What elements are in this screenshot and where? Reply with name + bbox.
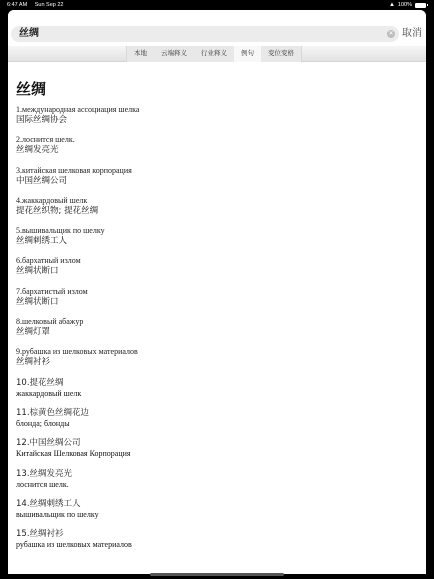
entry-translation: 丝绸衬衫 xyxy=(16,357,416,368)
entry-source: 14.丝绸刺绣工人 xyxy=(16,499,416,509)
word-title: 丝绸 xyxy=(16,78,46,99)
entry-translation: 丝绸状断口 xyxy=(16,266,416,277)
entry-translation: блонда; блонды xyxy=(16,418,416,429)
entry-translation: 国际丝绸协会 xyxy=(16,115,416,126)
tab-bar: 本地 云端释义 行业释义 例句 变位变格 xyxy=(8,46,426,62)
entry-translation: вышивальщик по шелку xyxy=(16,509,416,520)
list-item: 11.棕黄色丝绸花边 блонда; блонды xyxy=(16,408,416,438)
entry-source: 12.中国丝绸公司 xyxy=(16,438,416,448)
list-item: 6.бархатный излом 丝绸状断口 xyxy=(16,256,416,286)
entry-source: 6.бархатный излом xyxy=(16,256,416,266)
tab-industry-definition[interactable]: 行业释义 xyxy=(194,46,234,62)
entry-translation: 丝绸刺绣工人 xyxy=(16,236,416,247)
list-item: 15.丝绸衬衫 рубашка из шелковых материалов xyxy=(16,529,416,559)
battery-icon xyxy=(415,3,426,8)
search-input[interactable]: 丝绸 ✕ xyxy=(11,26,399,42)
entry-source: 15.丝绸衬衫 xyxy=(16,529,416,539)
segmented-tabs: 本地 云端释义 行业释义 例句 变位变格 xyxy=(126,46,302,62)
entry-source: 13.丝绸发亮光 xyxy=(16,469,416,479)
entry-translation: 提花丝织物; 提花丝绸 xyxy=(16,206,416,217)
entry-translation: рубашка из шелковых материалов xyxy=(16,539,416,550)
status-time: 6:47 AM xyxy=(7,2,27,8)
list-item: 14.丝绸刺绣工人 вышивальщик по шелку xyxy=(16,499,416,529)
entry-translation: 中国丝绸公司 xyxy=(16,176,416,187)
entry-translation: 丝绸发亮光 xyxy=(16,145,416,156)
list-item: 1.международная ассоциация шелка 国际丝绸协会 xyxy=(16,105,416,135)
tab-cloud-definition[interactable]: 云端释义 xyxy=(154,46,194,62)
entry-translation: лоснится шелк. xyxy=(16,479,416,490)
wifi-icon: ▲ xyxy=(389,0,395,10)
entry-translation: Китайская Шелковая Корпорация xyxy=(16,448,416,459)
tab-example-sentences[interactable]: 例句 xyxy=(234,46,261,62)
entry-source: 1.международная ассоциация шелка xyxy=(16,105,416,115)
status-bar: 6:47 AM Sun Sep 22 ▲ 100% xyxy=(0,0,434,10)
list-item: 12.中国丝绸公司 Китайская Шелковая Корпорация xyxy=(16,438,416,468)
search-row: 丝绸 ✕ 取消 xyxy=(8,10,426,46)
entry-translation: 丝绸状断口 xyxy=(16,297,416,308)
entry-source: 2.лоснится шелк. xyxy=(16,135,416,145)
entry-source: 4.жаккардовый шелк xyxy=(16,196,416,206)
entry-translation: жаккардовый шелк xyxy=(16,388,416,399)
list-item: 3.китайская шелковая корпорация 中国丝绸公司 xyxy=(16,166,416,196)
tab-local[interactable]: 本地 xyxy=(127,46,154,62)
dictionary-sheet: 丝绸 ✕ 取消 本地 云端释义 行业释义 例句 变位变格 丝绸 1.междун… xyxy=(8,10,426,574)
list-item: 7.бархатистый излом 丝绸状断口 xyxy=(16,287,416,317)
entry-source: 7.бархатистый излом xyxy=(16,287,416,297)
search-input-value: 丝绸 xyxy=(19,26,39,42)
entry-source: 11.棕黄色丝绸花边 xyxy=(16,408,416,418)
entry-source: 3.китайская шелковая корпорация xyxy=(16,166,416,176)
list-item: 5.вышивальщик по шелку 丝绸刺绣工人 xyxy=(16,226,416,256)
tab-conjugation[interactable]: 变位变格 xyxy=(261,46,301,62)
list-item: 2.лоснится шелк. 丝绸发亮光 xyxy=(16,135,416,165)
home-indicator[interactable] xyxy=(150,573,284,576)
list-item: 4.жаккардовый шелк 提花丝织物; 提花丝绸 xyxy=(16,196,416,226)
entry-source: 5.вышивальщик по шелку xyxy=(16,226,416,236)
cancel-button[interactable]: 取消 xyxy=(402,26,422,42)
clear-icon[interactable]: ✕ xyxy=(387,30,395,38)
list-item: 8.шелковый абажур 丝绸灯罩 xyxy=(16,317,416,347)
content-area[interactable]: 丝绸 1.международная ассоциация шелка 国际丝绸… xyxy=(8,63,426,574)
entry-source: 9.рубашка из шелковых материалов xyxy=(16,347,416,357)
entry-source: 8.шелковый абажур xyxy=(16,317,416,327)
entry-translation: 丝绸灯罩 xyxy=(16,327,416,338)
list-item: 9.рубашка из шелковых материалов 丝绸衬衫 xyxy=(16,347,416,377)
battery-percent: 100% xyxy=(398,0,412,10)
list-item: 13.丝绸发亮光 лоснится шелк. xyxy=(16,469,416,499)
entry-source: 10.提花丝绸 xyxy=(16,378,416,388)
list-item: 10.提花丝绸 жаккардовый шелк xyxy=(16,378,416,408)
status-date: Sun Sep 22 xyxy=(35,2,64,8)
example-list: 1.международная ассоциация шелка 国际丝绸协会 … xyxy=(16,105,416,559)
